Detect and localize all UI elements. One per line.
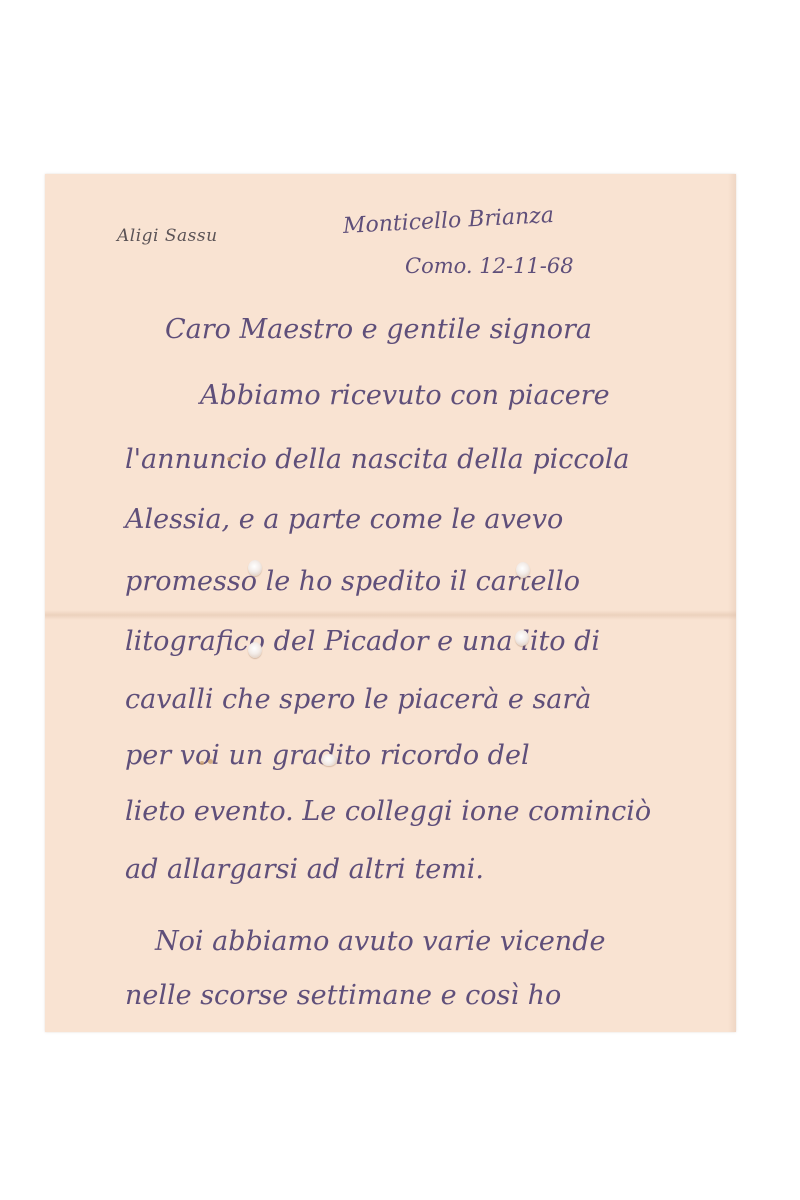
paper-hole xyxy=(321,754,337,766)
paper-hole xyxy=(248,642,262,658)
letter-line: lieto evento. Le colleggi ione cominciò xyxy=(125,796,651,827)
letter-line: Noi abbiamo avuto varie vicende xyxy=(155,926,605,957)
paper-stain xyxy=(208,759,213,764)
letter-line: l'annuncio della nascita della piccola xyxy=(125,444,630,475)
paper-hole xyxy=(248,560,262,576)
letter-line: promesso le ho spedito il cartello xyxy=(125,566,580,597)
paper-stain xyxy=(200,761,204,765)
paper-hole xyxy=(516,562,530,578)
letter-sheet: Aligi Sassu Monticello Brianza Como. 12-… xyxy=(45,174,736,1032)
letter-date: Como. 12-11-68 xyxy=(405,254,574,278)
letter-salutation: Caro Maestro e gentile signora xyxy=(165,314,592,345)
letter-line: cavalli che spero le piacerà e sarà xyxy=(125,684,591,715)
paper-fold-crease xyxy=(45,610,736,620)
paper-edge-shadow xyxy=(728,174,736,1032)
letter-line: Abbiamo ricevuto con piacere xyxy=(200,380,610,411)
paper-hole xyxy=(515,630,529,646)
letter-line: ad allargarsi ad altri temi. xyxy=(125,854,484,885)
letterhead-name: Aligi Sassu xyxy=(117,226,218,246)
page-background: Aligi Sassu Monticello Brianza Como. 12-… xyxy=(0,0,800,1200)
paper-stain xyxy=(227,457,232,461)
letter-line: Alessia, e a parte come le avevo xyxy=(125,504,563,535)
letter-line: litografico del Picador e una lito di xyxy=(125,626,600,657)
letter-line: nelle scorse settimane e così ho xyxy=(125,980,561,1011)
letter-place: Monticello Brianza xyxy=(342,203,554,239)
